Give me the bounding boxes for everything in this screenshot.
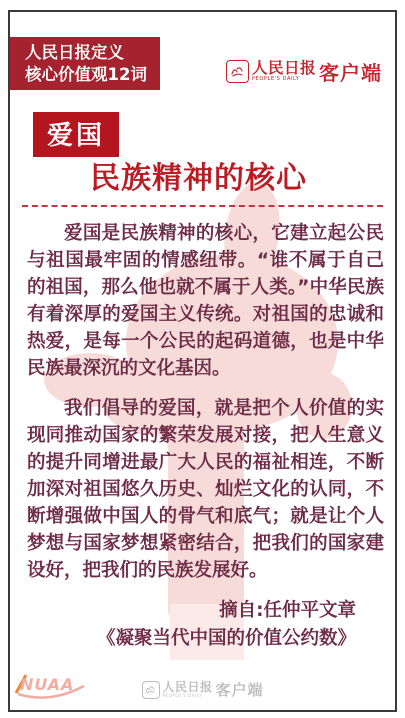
attribution: 摘自:任仲平文章 《凝聚当代中国的价值公约数》: [27, 597, 384, 653]
logo-suffix: 客户端: [319, 57, 382, 86]
nuaa-logo: NUAA: [12, 668, 90, 708]
paragraph-1: 爱国是民族精神的核心，它建立起公民与祖国最牢固的情感纽带。“谁不属于自己的祖国，…: [27, 220, 384, 382]
header-badge: 人民日报定义 核心价值观12词: [10, 37, 160, 90]
badge-line1: 人民日报定义: [25, 42, 160, 64]
peoples-daily-watermark-icon: [141, 681, 159, 699]
body-content: 爱国是民族精神的核心，它建立起公民与祖国最牢固的情感纽带。“谁不属于自己的祖国，…: [27, 220, 384, 653]
dashed-divider: [22, 205, 383, 207]
page-title: 民族精神的核心: [90, 153, 307, 197]
keyword-box: 爱国: [33, 112, 119, 157]
attribution-line1: 摘自:任仲平文章: [27, 597, 356, 625]
logo-name-cn: 人民日报: [252, 61, 316, 77]
paragraph-2: 我们倡导的爱国，就是把个人价值的实现同推动国家的繁荣发展对接，把人生意义的提升同…: [27, 395, 384, 584]
logo-name-en: PEOPLE'S DAILY: [252, 77, 316, 82]
keyword-label: 爱国: [47, 121, 105, 151]
badge-line2: 核心价值观12词: [25, 64, 160, 86]
watermark-name-en: PEOPLE'S DAILY: [162, 694, 212, 698]
peoples-daily-client-logo: 人民日报 PEOPLE'S DAILY 客户端: [226, 57, 382, 86]
peoples-daily-app-icon: [226, 60, 249, 83]
poster: 人民日报定义 核心价值观12词 人民日报 PEOPLE'S DAILY 客户端 …: [0, 0, 405, 718]
watermark-suffix: 客户端: [216, 679, 264, 700]
nuaa-text: NUAA: [20, 675, 74, 694]
card-frame: 人民日报定义 核心价值观12词 人民日报 PEOPLE'S DAILY 客户端 …: [8, 10, 397, 712]
peoples-daily-watermark: 人民日报 PEOPLE'S DAILY 客户端: [141, 679, 263, 700]
watermark-name-cn: 人民日报: [162, 681, 212, 693]
attribution-line2: 《凝聚当代中国的价值公约数》: [27, 625, 356, 653]
